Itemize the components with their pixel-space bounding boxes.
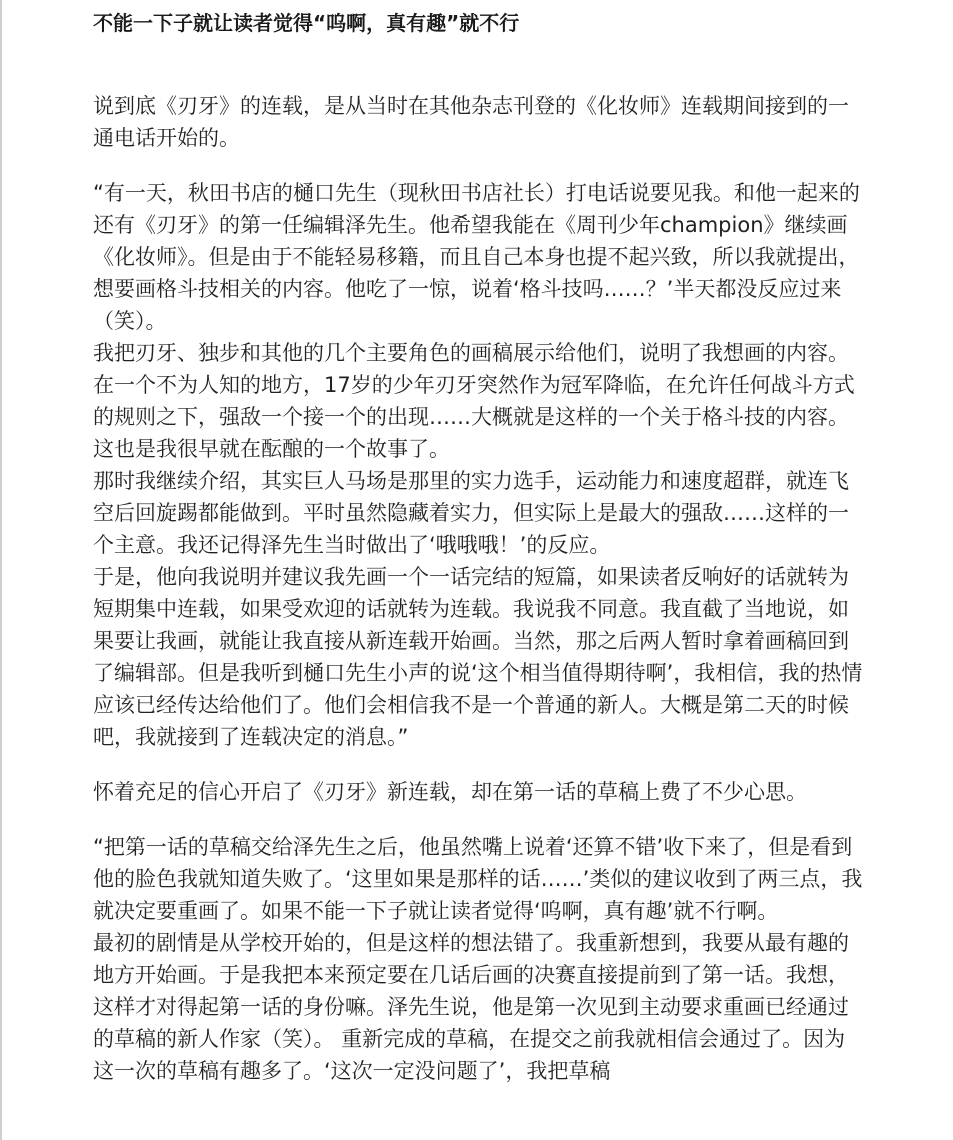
paragraph-redraw: 最初的剧情是从学校开始的，但是这样的想法错了。我重新想到，我要从最有趣的地方开始…	[93, 927, 863, 1087]
paragraph-intro: 说到底《刃牙》的连载，是从当时在其他杂志刊登的《化妆师》连载期间接到的一通电话开…	[93, 90, 863, 154]
paragraph-serialization-decision: 于是，他向我说明并建议我先画一个一话完结的短篇，如果读者反响好的话就转为短期集中…	[93, 561, 863, 753]
article-title: 不能一下子就让读者觉得“呜啊，真有趣”就不行	[93, 0, 863, 38]
article: 不能一下子就让读者觉得“呜啊，真有趣”就不行 说到底《刃牙》的连载，是从当时在其…	[93, 0, 863, 1087]
paragraph-first-chapter: 怀着充足的信心开启了《刃牙》新连载，却在第一话的草稿上费了不少心思。	[93, 776, 863, 808]
paragraph-quote-draft: “把第一话的草稿交给泽先生之后，他虽然嘴上说着‘还算不错’收下来了，但是看到他的…	[93, 831, 863, 927]
paragraph-quote-phone-call: “有一天，秋田书店的樋口先生（现秋田书店社长）打电话说要见我。和他一起来的还有《…	[93, 177, 863, 337]
paragraph-character-sketches: 我把刃牙、独步和其他的几个主要角色的画稿展示给他们，说明了我想画的内容。在一个不…	[93, 337, 863, 465]
page-left-border	[0, 0, 2, 1140]
paragraph-giant-baba: 那时我继续介绍，其实巨人马场是那里的实力选手，运动能力和速度超群，就连飞空后回旋…	[93, 465, 863, 561]
